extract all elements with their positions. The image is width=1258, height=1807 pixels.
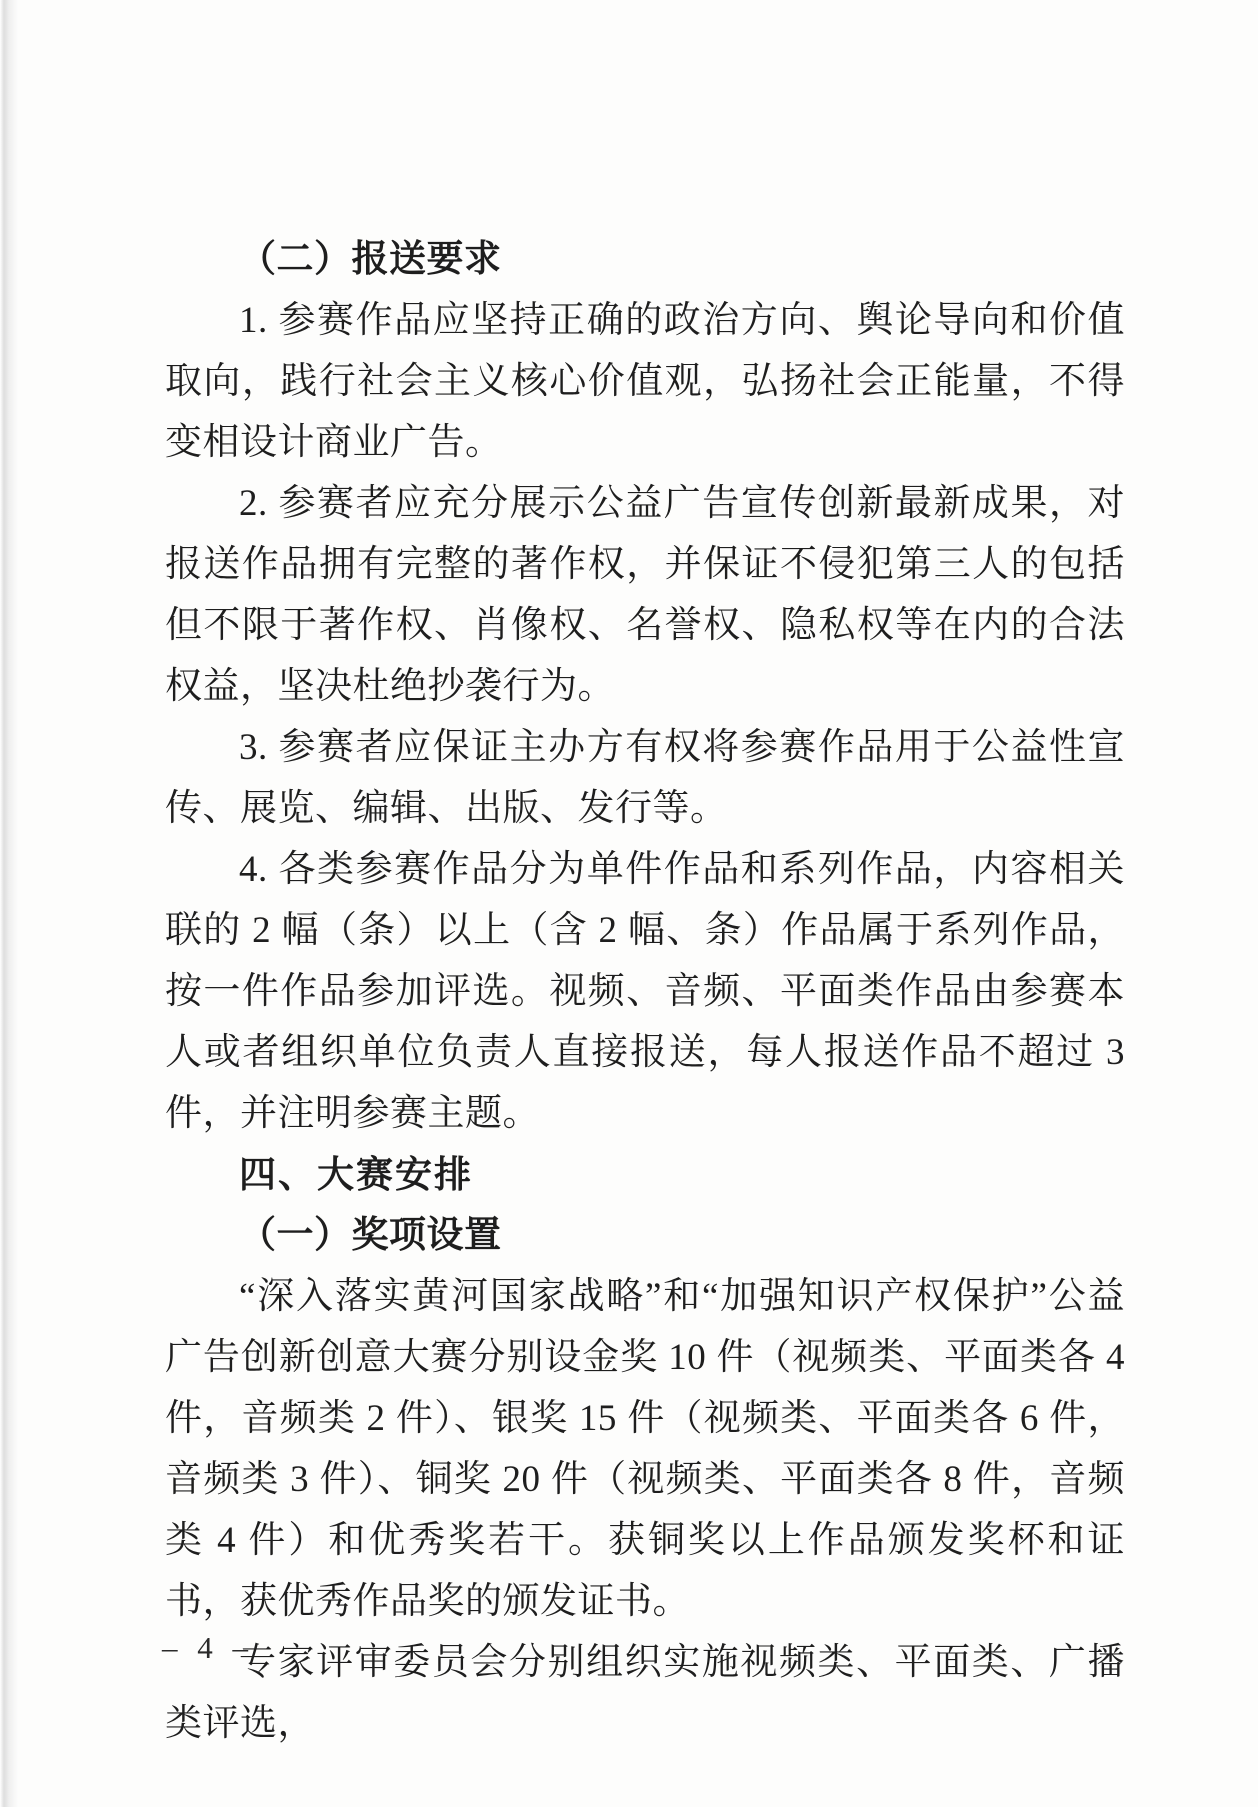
page-number: – 4 – xyxy=(162,1628,254,1668)
subheading-submission-requirements: （二）报送要求 xyxy=(165,229,1125,290)
paragraph-entry-categories: 4. 各类参赛作品分为单件作品和系列作品，内容相关联的 2 幅（条）以上（含 2… xyxy=(165,839,1125,1144)
scan-edge-shadow xyxy=(0,0,18,1807)
document-body: （二）报送要求 1. 参赛作品应坚持正确的政治方向、舆论导向和价值取向，践行社会… xyxy=(165,229,1125,1754)
document-page: （二）报送要求 1. 参赛作品应坚持正确的政治方向、舆论导向和价值取向，践行社会… xyxy=(0,0,1258,1807)
chapter-heading-contest-arrangement: 四、大赛安排 xyxy=(165,1144,1125,1205)
paragraph-political-direction: 1. 参赛作品应坚持正确的政治方向、舆论导向和价值取向，践行社会主义核心价值观，… xyxy=(165,290,1125,473)
paragraph-award-details: “深入落实黄河国家战略”和“加强知识产权保护”公益广告创新创意大赛分别设金奖 1… xyxy=(165,1266,1125,1632)
paragraph-usage-rights: 3. 参赛者应保证主办方有权将参赛作品用于公益性宣传、展览、编辑、出版、发行等。 xyxy=(165,717,1125,839)
paragraph-jury-selection: 专家评审委员会分别组织实施视频类、平面类、广播类评选， xyxy=(165,1632,1125,1754)
paragraph-copyright-guarantee: 2. 参赛者应充分展示公益广告宣传创新最新成果，对报送作品拥有完整的著作权，并保… xyxy=(165,473,1125,717)
subheading-award-setup: （一）奖项设置 xyxy=(165,1205,1125,1266)
